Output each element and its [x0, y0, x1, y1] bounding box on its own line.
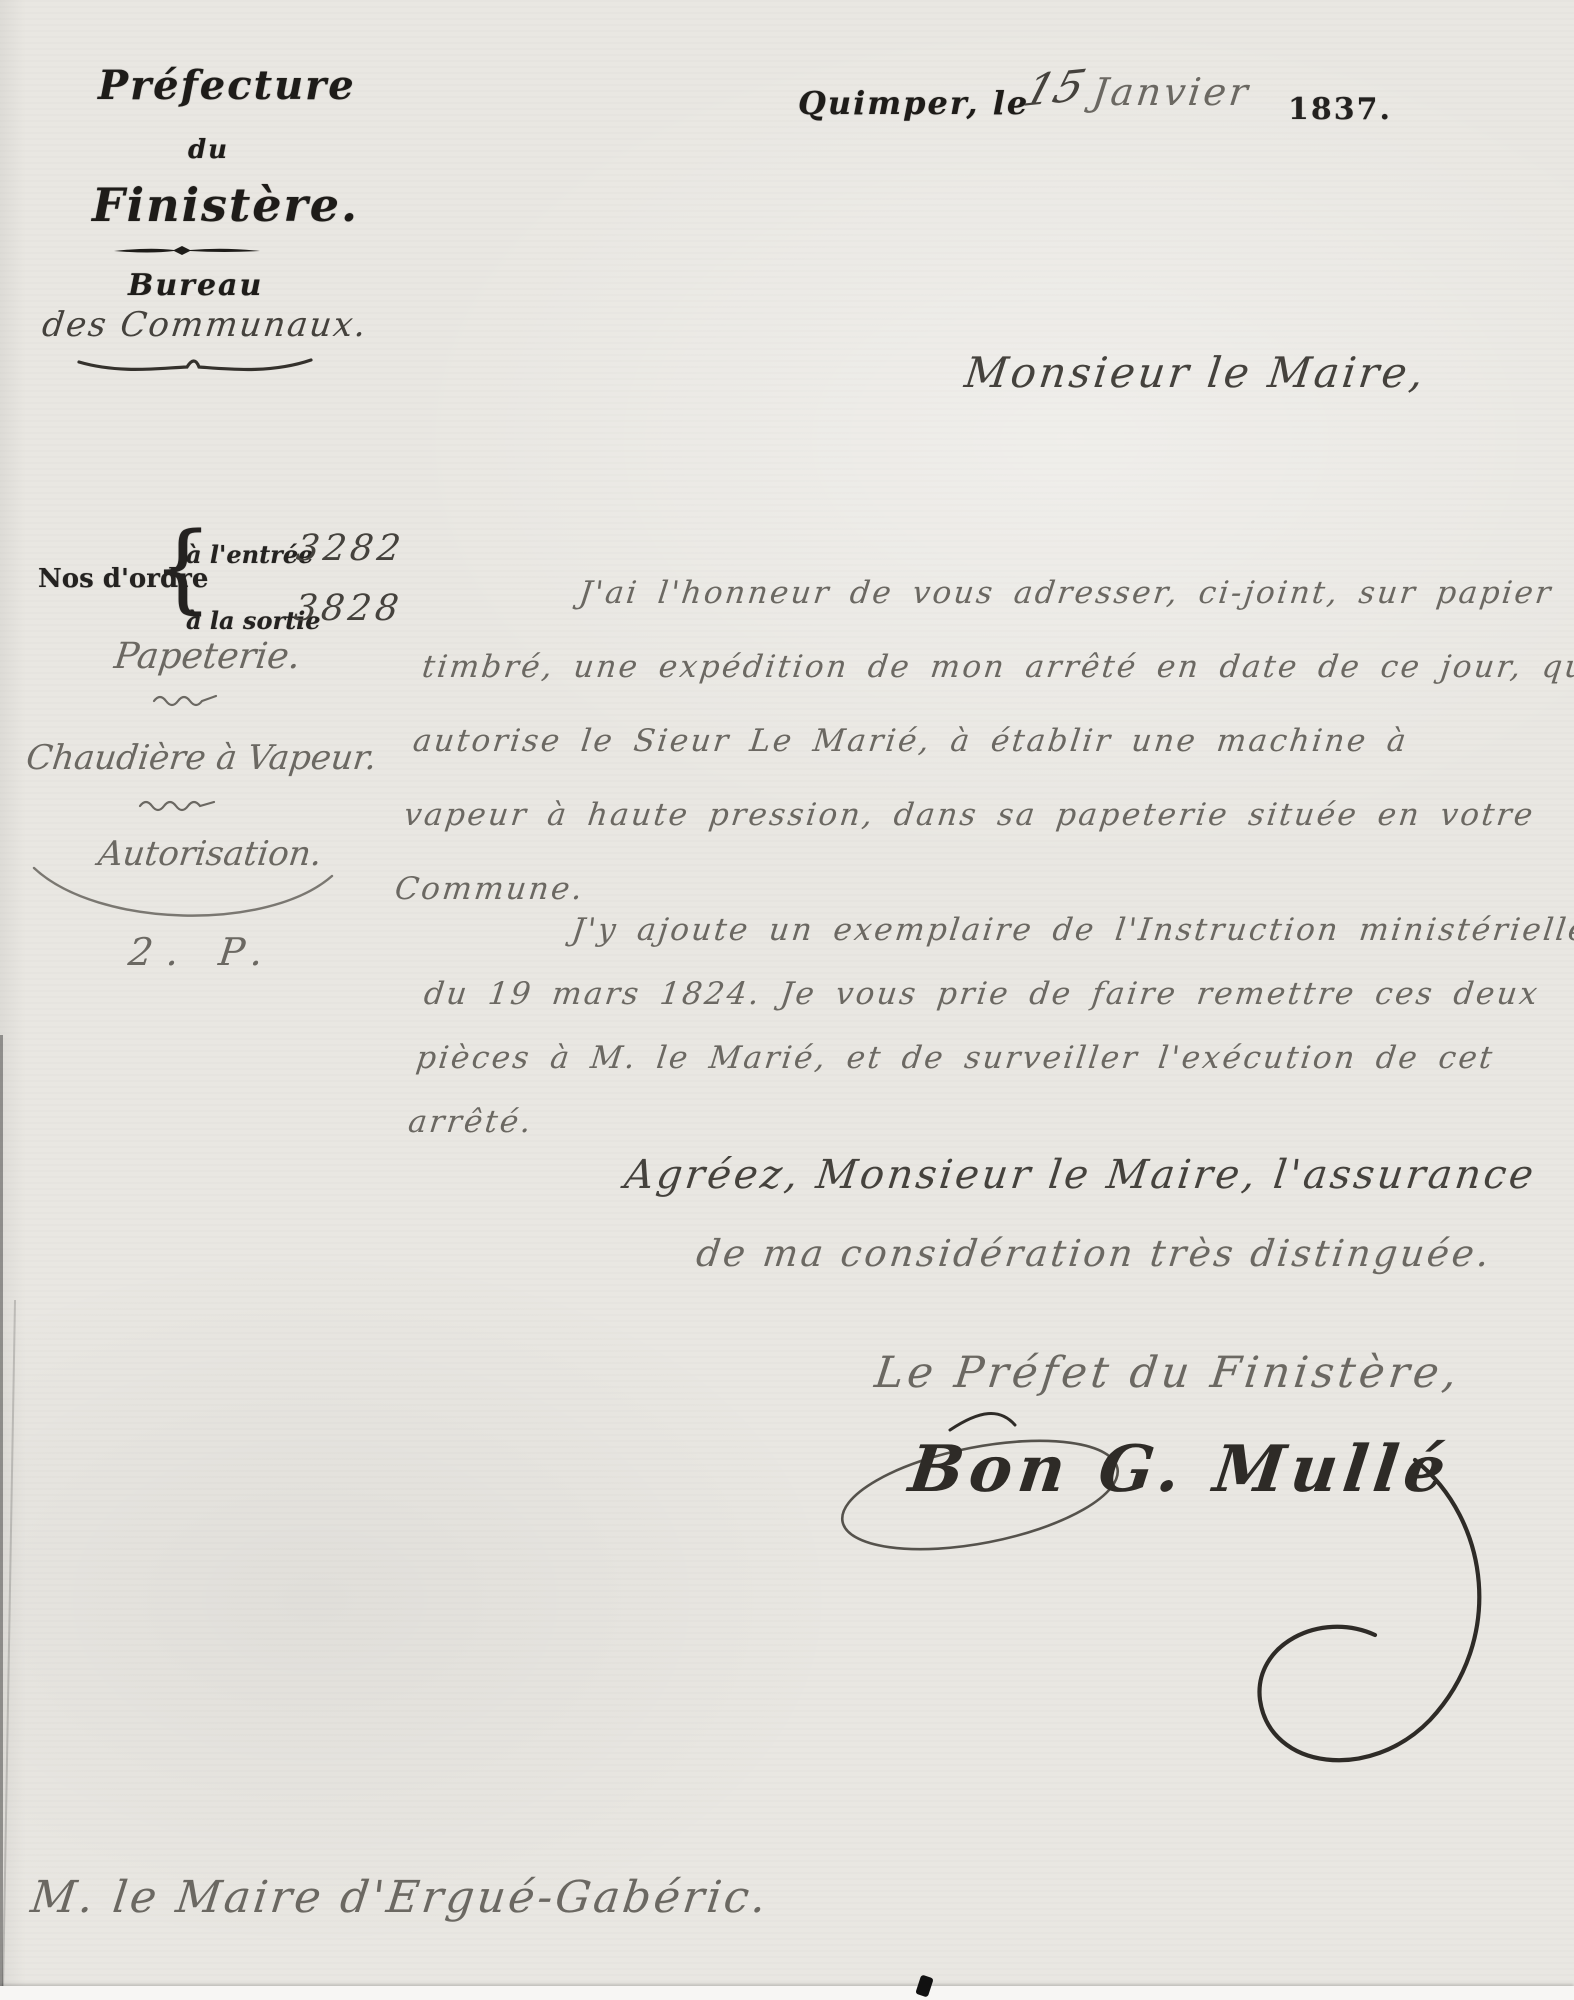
margin-pieces-note: 2. P. — [126, 930, 280, 974]
order-exit-value: 3828 — [292, 588, 405, 629]
scan-crease-line — [2, 1300, 16, 1990]
salutation: Monsieur le Maire, — [962, 348, 1429, 397]
margin-squiggle-1 — [152, 692, 222, 708]
body-line: J'ai l'honneur de vous adresser, ci-join… — [575, 556, 1574, 630]
scan-edge-line — [0, 1035, 3, 1988]
dateline-day: 15 — [1018, 60, 1091, 117]
body-line: J'y ajoute un exemplaire de l'Instructio… — [568, 898, 1574, 962]
margin-subject-chaudiere: Chaudière à Vapeur. — [24, 738, 379, 778]
margin-subject-papeterie: Papeterie. — [112, 636, 303, 677]
margin-squiggle-2 — [138, 796, 218, 814]
letterhead-title-line1: Préfecture — [98, 62, 356, 109]
signature: Bon G. Mullé — [905, 1432, 1455, 1507]
bureau-label: Bureau — [128, 268, 263, 303]
body-line: timbré, une expédition de mon arrêté en … — [418, 630, 1574, 704]
body-line: pièces à M. le Marié, et de surveiller l… — [412, 1026, 1574, 1090]
scan-bottom-strip — [0, 1986, 1574, 2000]
dateline-month: Janvier — [1090, 70, 1253, 114]
closing-line-2: de ma considération très distinguée. — [694, 1232, 1494, 1275]
order-entry-value: 3282 — [294, 528, 407, 569]
letterhead-title-line2: du — [188, 135, 229, 165]
letter-page: Préfecture du Finistère. Bureau des Comm… — [0, 0, 1574, 2000]
bureau-swash — [75, 352, 315, 378]
footer-addressee: M. le Maire d'Ergué-Gabéric. — [28, 1872, 772, 1923]
body-paragraph-1: J'ai l'honneur de vous adresser, ci-join… — [391, 556, 1574, 926]
dateline-year: 1837. — [1288, 92, 1392, 127]
body-line: vapeur à haute pression, dans sa papeter… — [400, 778, 1574, 852]
letterhead-title-line3: Finistère. — [92, 178, 359, 232]
signoff-title: Le Préfet du Finistère, — [872, 1348, 1463, 1398]
body-line: autorise le Sieur Le Marié, à établir un… — [409, 704, 1574, 778]
dateline-place: Quimper, le — [798, 84, 1029, 122]
margin-underline-curve — [28, 862, 338, 926]
bureau-value: des Communaux. — [40, 305, 370, 345]
body-paragraph-2: J'y ajoute un exemplaire de l'Instructio… — [405, 898, 1574, 1154]
closing-line-1: Agréez, Monsieur le Maire, l'assurance — [622, 1152, 1539, 1198]
body-line: du 19 mars 1824. Je vous prie de faire r… — [420, 962, 1574, 1026]
body-line: arrêté. — [405, 1090, 1570, 1154]
divider-ornament — [112, 243, 262, 257]
